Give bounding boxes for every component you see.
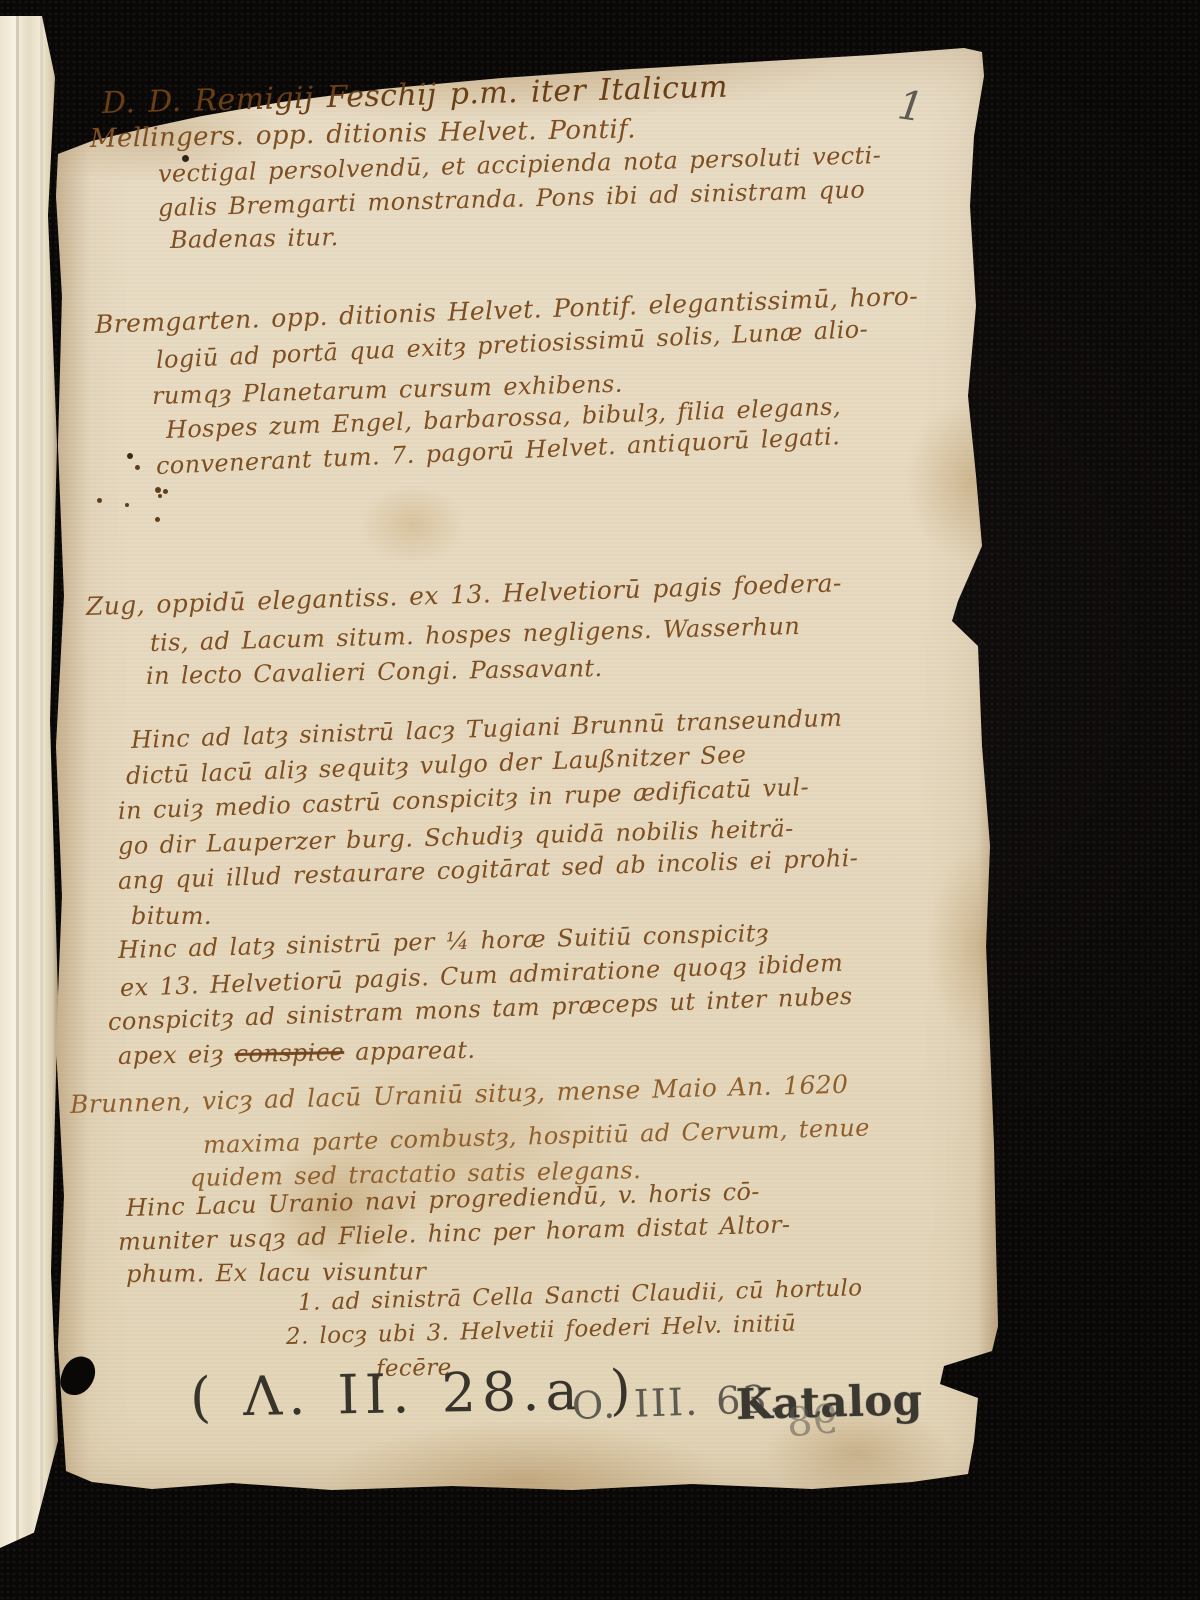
book-fore-edge	[0, 16, 58, 1548]
struck-word: conspice	[234, 1038, 344, 1068]
ink-speck	[125, 503, 129, 507]
line: bitum.	[131, 902, 212, 930]
strike-post-text: appareat.	[344, 1036, 476, 1066]
strike-pre-text: apex eiȝ	[118, 1040, 235, 1070]
ink-speck	[155, 487, 161, 493]
line: phum. Ex lacu visuntur	[126, 1257, 427, 1288]
ink-speck	[158, 494, 162, 498]
ink-speck	[163, 489, 168, 494]
verso-show-through-number: 98	[784, 1396, 840, 1446]
ink-speck	[127, 453, 133, 459]
fore-edge-crease	[40, 16, 43, 1548]
ink-speck	[135, 465, 140, 470]
ink-speck	[182, 155, 189, 162]
shelfmark: ( Λ. II. 28.a )	[189, 1358, 637, 1429]
line: Badenas itur.	[170, 223, 339, 254]
ink-speck	[155, 517, 160, 522]
fore-edge-crease	[16, 16, 19, 1548]
ink-speck	[97, 498, 102, 503]
manuscript-photograph: D. D. Remigij Feschij p.m. iter Italicum…	[0, 0, 1200, 1600]
